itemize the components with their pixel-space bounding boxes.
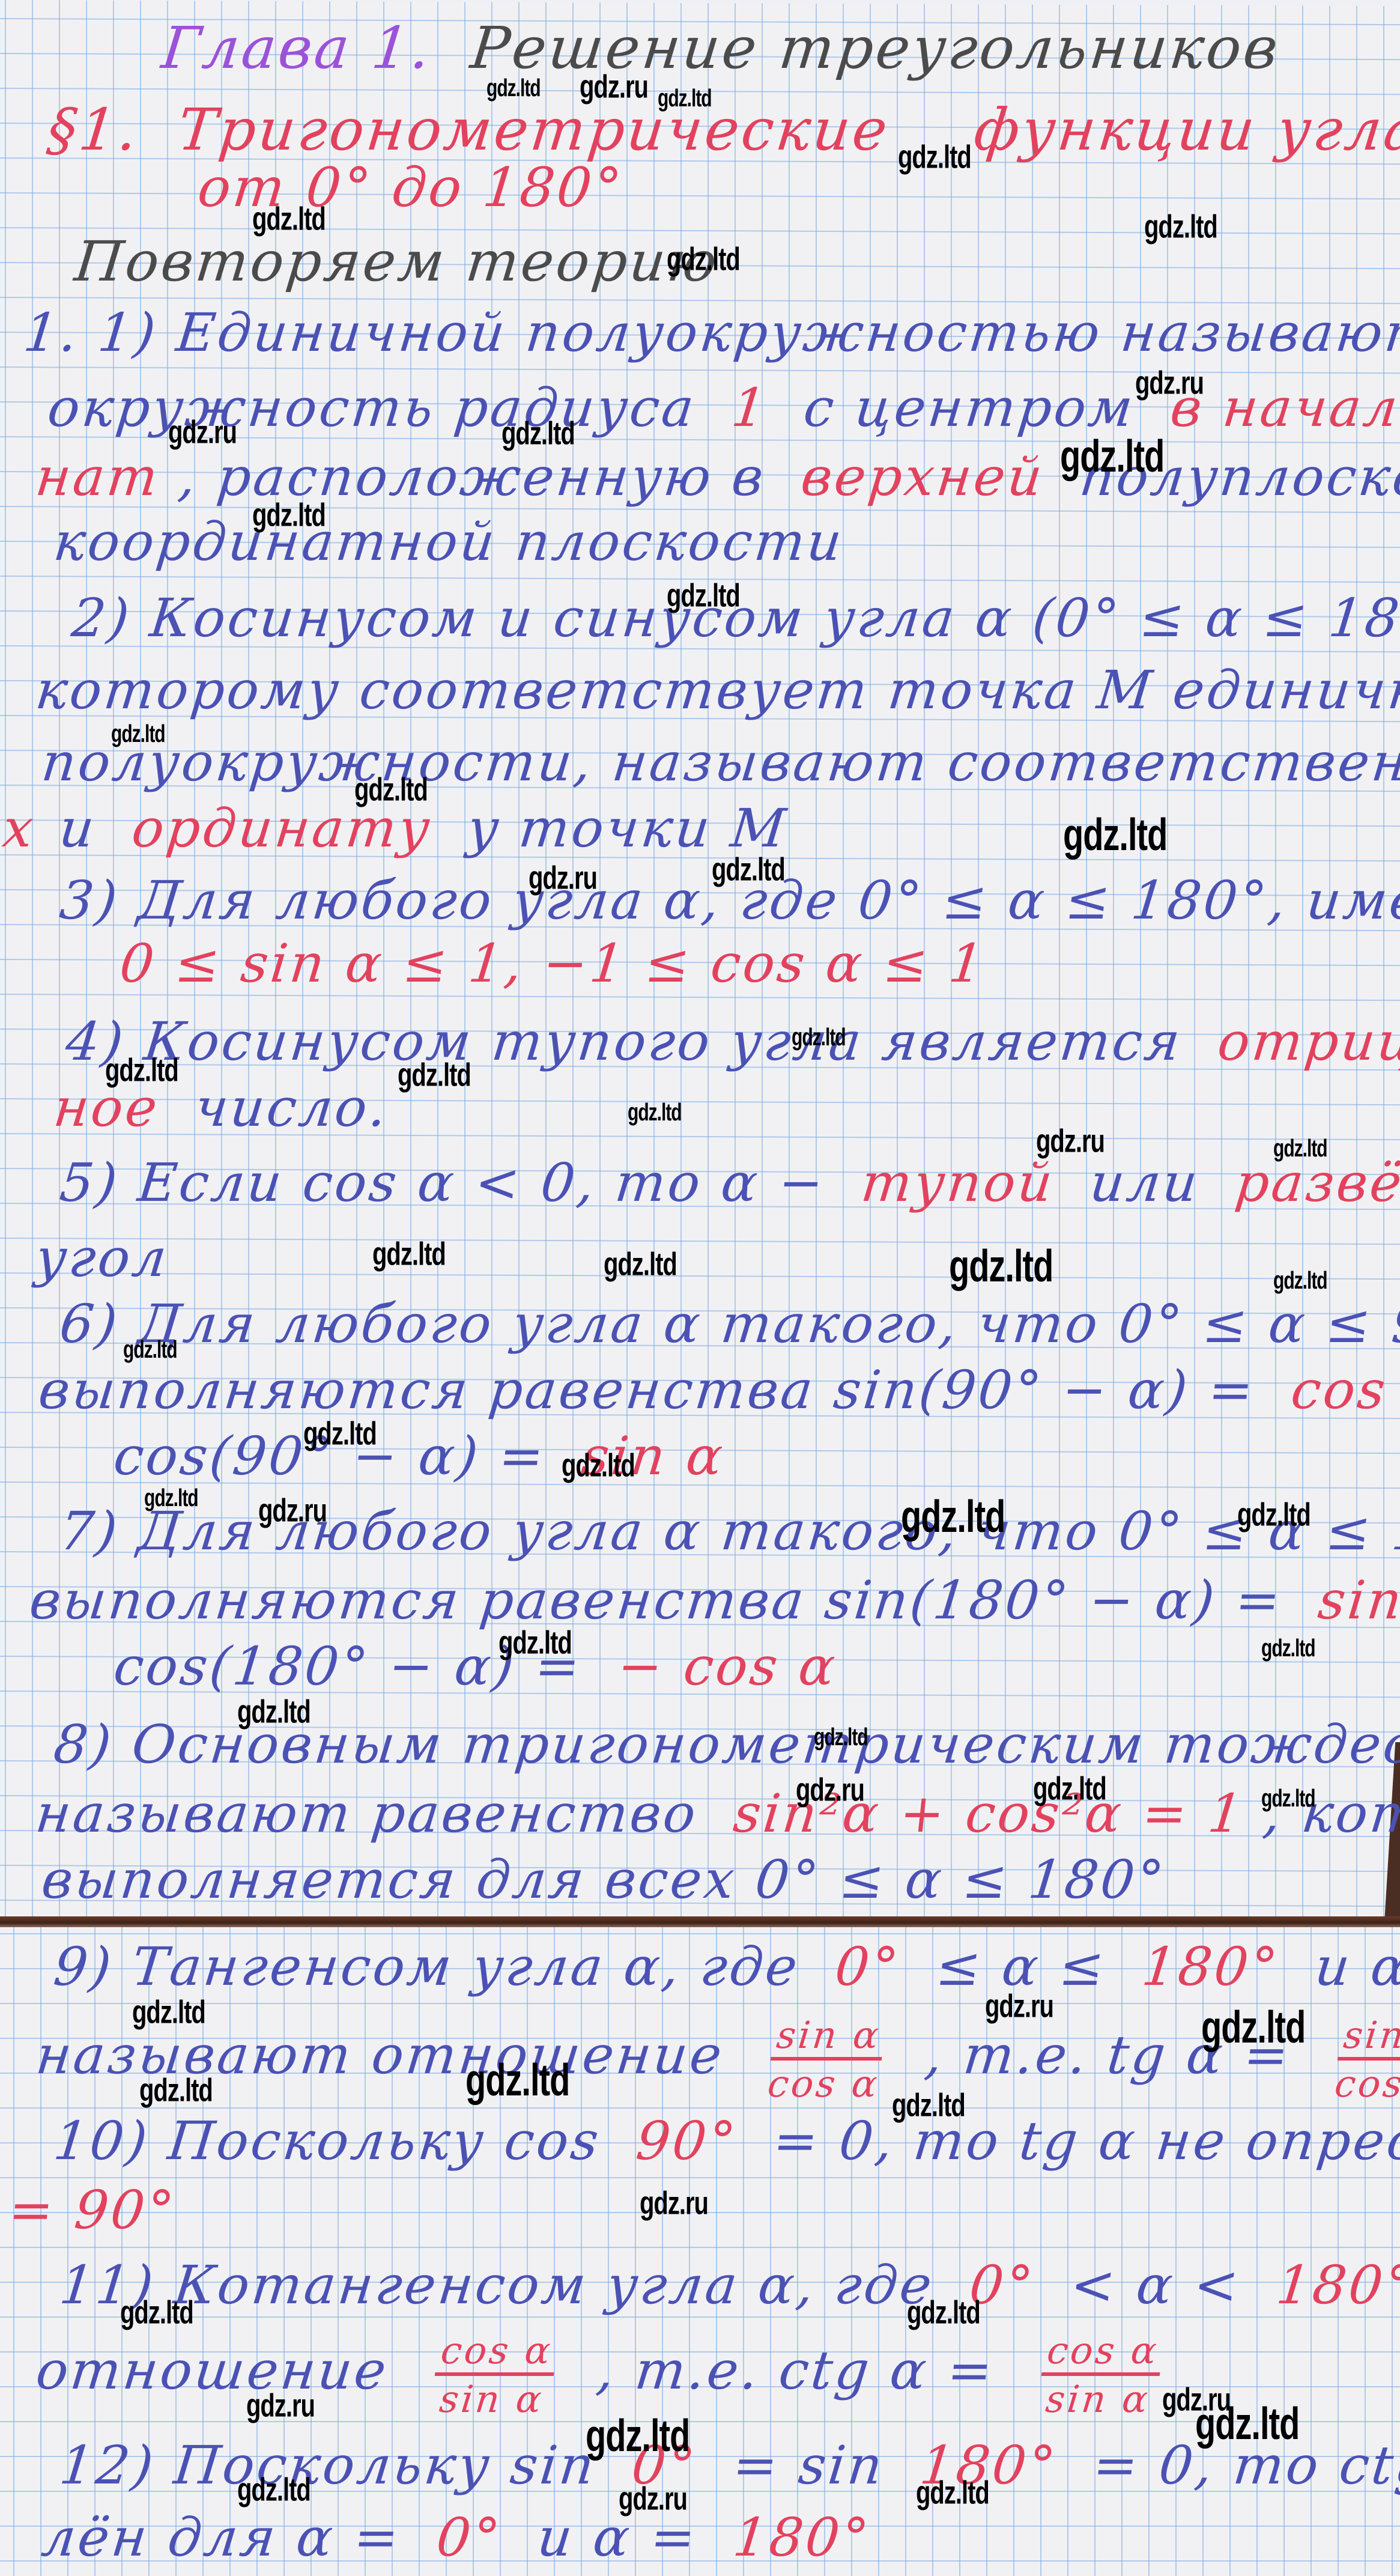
text-segment: cos α xyxy=(1288,1359,1400,1421)
watermark: gdz.ltd xyxy=(486,75,541,103)
watermark: gdz.ltd xyxy=(628,1099,682,1127)
fraction-numerator: sin α xyxy=(1338,2016,1400,2061)
watermark: gdz.ltd xyxy=(1060,430,1164,482)
watermark: gdz.ltd xyxy=(502,416,575,452)
watermark: gdz.ltd xyxy=(901,1490,1005,1543)
watermark: gdz.ltd xyxy=(465,2053,569,2106)
watermark: gdz.ru xyxy=(246,2388,315,2425)
item-8-line-3: выполняется для всех 0° ≤ α ≤ 180° xyxy=(39,1853,1168,1906)
text-segment: 180° xyxy=(730,2506,874,2568)
watermark: gdz.ltd xyxy=(1273,1268,1327,1295)
watermark: gdz.ru xyxy=(985,1988,1053,2025)
text-segment: выполняются равенства sin(180° − α) = xyxy=(27,1569,1286,1631)
watermark: gdz.ltd xyxy=(139,2073,213,2109)
watermark: gdz.ltd xyxy=(398,1057,471,1094)
watermark: gdz.ltd xyxy=(1033,1771,1106,1808)
watermark: gdz.ru xyxy=(168,415,237,451)
fraction-denominator: sin α xyxy=(438,2376,547,2419)
text-segment: тупой xyxy=(858,1152,1058,1214)
section-title-part2: функции угла xyxy=(971,96,1400,163)
fraction-tg-definition: sin α cos α xyxy=(1333,2016,1400,2103)
watermark: gdz.ltd xyxy=(120,2295,193,2331)
watermark: gdz.ltd xyxy=(949,1239,1053,1292)
item-9-line-2: называют отношение sin α cos α , т.е. tg… xyxy=(31,2016,1400,2103)
item-1-line-4: координатной плоскости xyxy=(51,515,846,568)
text-segment: 0° xyxy=(832,1936,904,1997)
fraction-denominator: cos α xyxy=(1333,2061,1400,2103)
item-7-line-3: cos(180° − α) = − cos α xyxy=(111,1640,856,1693)
watermark: gdz.ltd xyxy=(237,2472,311,2509)
page-seam xyxy=(0,1916,1400,1927)
chapter-label: Глава 1. xyxy=(159,14,435,82)
text-segment: отрицатель- xyxy=(1215,1010,1400,1072)
text-segment: нат xyxy=(33,446,163,508)
fraction-numerator: sin α xyxy=(771,2016,886,2061)
item-6-line-1: 6) Для любого угла α такого, что 0° ≤ α … xyxy=(57,1298,1400,1350)
watermark: gdz.ltd xyxy=(562,1448,635,1484)
item-12-line-2: лён для α = 0° и α = 180° xyxy=(39,2511,890,2564)
section-title-part1: Тригонометрические xyxy=(175,96,892,163)
text-segment: верхней xyxy=(798,446,1047,508)
item-2-line-2: которому соответствует точка M единичной xyxy=(33,664,1400,717)
fraction-sin-over-cos: sin α cos α xyxy=(766,2016,898,2103)
item-6-line-2: выполняются равенства sin(90° − α) = cos… xyxy=(36,1364,1400,1417)
watermark: gdz.ltd xyxy=(792,1024,846,1052)
text-segment: 9) Тангенсом угла α, где xyxy=(51,1936,803,1997)
watermark: gdz.ru xyxy=(580,69,648,106)
chapter-heading: Глава 1. Решение треугольников xyxy=(159,19,1301,77)
item-11-line-1: 11) Котангенсом угла α, где 0° < α < 180… xyxy=(57,2259,1400,2312)
watermark: gdz.ltd xyxy=(252,497,326,534)
text-segment: 1 xyxy=(729,377,771,439)
item-3-line-2: 0 ≤ sin α ≤ 1, −1 ≤ cos α ≤ 1 xyxy=(117,937,988,990)
text-segment: 180° xyxy=(1274,2254,1400,2316)
watermark: gdz.ru xyxy=(1135,365,1204,402)
watermark: gdz.ltd xyxy=(892,2088,965,2124)
watermark: gdz.ltd xyxy=(667,241,740,278)
text-segment: и α ≠ xyxy=(1312,1936,1400,1997)
watermark: gdz.ru xyxy=(529,860,597,897)
text-segment: sin α xyxy=(1315,1569,1400,1631)
text-segment: 5) Если cos α < 0, то α − xyxy=(57,1152,829,1214)
watermark: gdz.ltd xyxy=(105,1053,178,1089)
item-8-line-2: называют равенство sin²α + cos²α = 1 , к… xyxy=(33,1787,1400,1840)
text-segment: полуокружности, называют соответственно xyxy=(39,731,1400,793)
text-segment: 180° xyxy=(1139,1936,1283,1997)
watermark: gdz.ltd xyxy=(667,578,740,615)
section-number: §1. xyxy=(44,96,142,163)
watermark: gdz.ru xyxy=(258,1493,327,1529)
watermark: gdz.ru xyxy=(640,2186,708,2222)
text-segment: окружность радиуса xyxy=(45,377,699,439)
item-10-line-2: = 90° xyxy=(6,2184,178,2237)
watermark: gdz.ltd xyxy=(354,772,428,809)
text-segment: = sin xyxy=(730,2434,888,2496)
text-segment: называют отношение xyxy=(33,2024,727,2086)
fraction-cos-over-sin: cos α sin α xyxy=(431,2331,571,2419)
watermark: gdz.ltd xyxy=(1063,808,1167,861)
watermark: gdz.ru xyxy=(796,1772,864,1809)
item-7-line-2: выполняются равенства sin(180° − α) = si… xyxy=(27,1574,1400,1627)
item-5-line-1: 5) Если cos α < 0, то α − тупой или разв… xyxy=(57,1156,1400,1209)
subheading: Повторяем теорию xyxy=(72,234,721,290)
item-4-line-2: ное число. xyxy=(51,1081,408,1134)
text-segment: y точки M xyxy=(465,797,791,859)
text-segment: < α < xyxy=(1068,2254,1244,2316)
watermark: gdz.ltd xyxy=(1237,1497,1311,1534)
fraction-ctg-definition: cos α sin α xyxy=(1037,2331,1177,2419)
watermark: gdz.ltd xyxy=(712,852,785,889)
watermark: gdz.ltd xyxy=(1273,1135,1327,1163)
text-segment: 10) Поскольку cos xyxy=(51,2110,604,2172)
watermark: gdz.ru xyxy=(619,2481,687,2518)
watermark: gdz.ltd xyxy=(252,201,326,238)
item-9-line-1: 9) Тангенсом угла α, где 0° ≤ α ≤ 180° и… xyxy=(51,1940,1400,1993)
watermark: gdz.ltd xyxy=(898,139,971,176)
text-segment: = 0, то tg α не определён для α = xyxy=(771,2110,1400,2172)
fraction-numerator: cos α xyxy=(435,2331,558,2376)
text-segment: лён для α = xyxy=(39,2506,404,2568)
text-segment: отношение xyxy=(33,2339,391,2401)
watermark: gdz.ltd xyxy=(586,2409,689,2462)
watermark: gdz.ru xyxy=(1162,2382,1231,2419)
watermark: gdz.ltd xyxy=(1201,2000,1305,2053)
watermark: gdz.ltd xyxy=(604,1247,677,1283)
item-4-line-1: 4) Косинусом тупого угла является отрица… xyxy=(63,1015,1400,1068)
fraction-denominator: cos α xyxy=(766,2061,882,2103)
watermark: gdz.ltd xyxy=(372,1236,446,1273)
watermark: gdz.ltd xyxy=(144,1485,198,1513)
text-segment: или xyxy=(1087,1152,1202,1214)
watermark: gdz.ltd xyxy=(814,1724,868,1752)
item-10-line-1: 10) Поскольку cos 90° = 0, то tg α не оп… xyxy=(51,2115,1400,2167)
watermark: gdz.ltd xyxy=(1261,1635,1315,1663)
watermark: gdz.ltd xyxy=(237,1694,311,1731)
item-2-line-4: x и ординату y точки M xyxy=(0,802,807,855)
watermark: gdz.ltd xyxy=(303,1416,377,1453)
watermark: gdz.ru xyxy=(1036,1123,1105,1160)
item-1-line-1: 1. 1) Единичной полуокружностью называют… xyxy=(21,306,1400,359)
watermark: gdz.ltd xyxy=(1261,1785,1315,1813)
item-2-line-3: полуокружности, называют соответственно … xyxy=(39,736,1400,789)
item-1-line-3: нат , расположенную в верхней полуплоско… xyxy=(33,451,1400,503)
text-segment: 90° xyxy=(634,2110,741,2172)
item-6-line-3: cos(90° − α) = sin α xyxy=(111,1430,744,1483)
watermark: gdz.ltd xyxy=(1144,209,1217,246)
text-segment: − cos α xyxy=(615,1635,840,1697)
text-segment: называют равенство xyxy=(33,1782,701,1844)
text-segment: , т.е. ctg α = xyxy=(594,2339,998,2401)
text-segment: 12) Поскольку sin xyxy=(57,2434,599,2496)
text-segment: 4) Косинусом тупого угла является xyxy=(63,1010,1186,1072)
watermark: gdz.ltd xyxy=(658,85,712,113)
text-segment: x xyxy=(0,797,38,859)
text-segment: и xyxy=(56,797,100,859)
fraction-numerator: cos α xyxy=(1041,2331,1164,2376)
item-11-line-2: отношение cos α sin α , т.е. ctg α = cos… xyxy=(31,2331,1188,2419)
text-segment: число. xyxy=(192,1077,392,1138)
watermark: gdz.ltd xyxy=(111,721,165,749)
watermark: gdz.ltd xyxy=(132,1994,205,2031)
fraction-denominator: sin α xyxy=(1044,2376,1153,2419)
text-segment: 0° xyxy=(434,2506,505,2568)
text-segment: выполняются равенства sin(90° − α) = xyxy=(36,1359,1259,1421)
section-heading: §1. Тригонометрические функции угла xyxy=(45,101,1400,159)
watermark: gdz.ltd xyxy=(123,1337,177,1364)
watermark: gdz.ltd xyxy=(498,1625,572,1662)
item-5-line-2: угол xyxy=(33,1232,171,1284)
watermark: gdz.ltd xyxy=(907,2295,980,2331)
watermark: gdz.ltd xyxy=(916,2475,989,2512)
